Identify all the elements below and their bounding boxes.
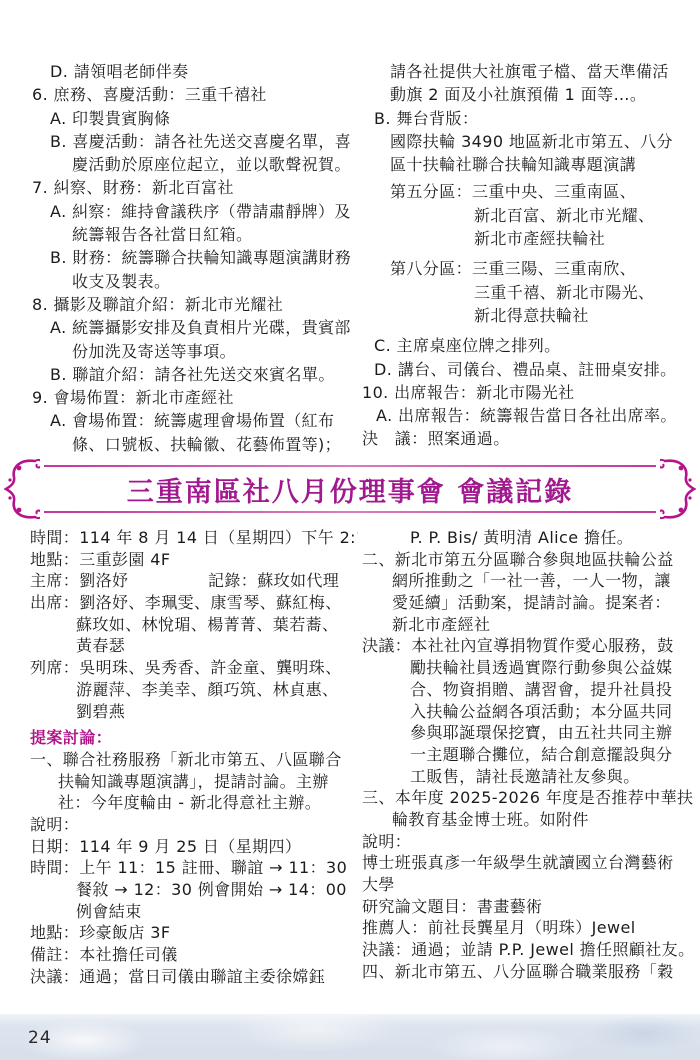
flourish-right-icon: [660, 456, 696, 522]
title-rule-top: [44, 465, 656, 467]
text-line: A. 會場佈置：統籌處理會場佈置（紅布: [30, 409, 356, 432]
text-line: 收支及製表。: [30, 270, 356, 293]
text-line: B. 財務：統籌聯合扶輪知識專題演講財務: [30, 246, 356, 269]
text-line: 10. 出席報告：新北市陽光社: [362, 381, 694, 404]
text-line: 慶活動於原座位起立，並以歌聲祝賀。: [30, 153, 356, 176]
text-line: 勵扶輪社員透過實際行動參與公益媒: [362, 657, 696, 679]
text-line: D. 講台、司儀台、禮品桌、註冊桌安排。: [362, 358, 694, 381]
text-line: 出席：劉洛妤、李珮雯、康雪琴、蘇紅梅、: [30, 592, 358, 614]
flourish-left-icon: [4, 456, 40, 522]
text-line: 三重千禧、新北市陽光、: [362, 281, 694, 304]
text-line: 列席：吳明珠、吳秀香、許金童、龔明珠、: [30, 657, 358, 679]
text-line: 區十扶輪社聯合扶輪知識專題演講: [362, 153, 694, 176]
text-line: D. 請領唱老師伴奏: [30, 60, 356, 83]
text-line: 扶輪知識專題演講」，提請討論。主辦: [30, 771, 358, 793]
section-heading: 提案討論：: [30, 727, 358, 749]
text-line: 第八分區：三重三陽、三重南欣、: [362, 257, 694, 280]
text-line: B. 聯誼介紹：請各社先送交來賓名單。: [30, 363, 356, 386]
text-line: 第五分區：三重中央、三重南區、: [362, 180, 694, 203]
text-line: 網所推動之「一社一善，一人一物，讓: [362, 570, 696, 592]
text-line: 工販售，請社長邀請社友參與。: [362, 766, 696, 788]
text-line: 動旗 2 面及小社旗預備 1 面等…。: [362, 83, 694, 106]
footer-band: [0, 1014, 700, 1060]
text-line: 決議：通過；當日司儀由聯誼主委徐嫦鈺: [30, 966, 358, 988]
text-line: 地點：珍豪飯店 3F: [30, 922, 358, 944]
text-line: 新北百富、新北市光耀、: [362, 204, 694, 227]
text-line: 新北得意扶輪社: [362, 304, 694, 327]
text-line: 二、新北市第五分區聯合參與地區扶輪公益: [362, 549, 696, 571]
text-line: 說明：: [30, 814, 358, 836]
text-line: 合、物資捐贈、講習會，提升社員投: [362, 679, 696, 701]
text-line: 參與耶誕環保挖寶，由五社共同主辦: [362, 722, 696, 744]
text-line: 決議：本社社內宣導捐物質作愛心服務，鼓: [362, 635, 696, 657]
text-line: 份加洗及寄送等事項。: [30, 340, 356, 363]
title-band: 三重南區社八月份理事會 會議記錄: [0, 452, 700, 528]
text-line: 日期：114 年 9 月 25 日（星期四）: [30, 836, 358, 858]
top-right-column: 請各社提供大社旗電子檔、當天準備活動旗 2 面及小社旗預備 1 面等…。B. 舞…: [362, 60, 694, 451]
text-line: 備註：本社擔任司儀: [30, 944, 358, 966]
text-line: 輪教育基金博士班。如附件: [362, 809, 696, 831]
text-line: 游麗萍、李美幸、顏巧筑、林貞惠、: [30, 679, 358, 701]
text-line: 6. 庶務、喜慶活動：三重千禧社: [30, 83, 356, 106]
text-line: 統籌報告各社當日紅箱。: [30, 223, 356, 246]
text-line: 8. 攝影及聯誼介紹：新北市光耀社: [30, 293, 356, 316]
text-line: 說明：: [362, 831, 696, 853]
text-line: 大學: [362, 874, 696, 896]
text-line: 時間：上午 11：15 註冊、聯誼 → 11：30: [30, 857, 358, 879]
text-line: 決議：通過；並請 P.P. Jewel 擔任照顧社友。: [362, 939, 696, 961]
text-line: 請各社提供大社旗電子檔、當天準備活: [362, 60, 694, 83]
text-line: 社：今年度輪由 - 新北得意社主辦。: [30, 792, 358, 814]
page-number: 24: [28, 1028, 52, 1048]
bottom-right-column: P. P. Bis/ 黃明清 Alice 擔任。二、新北市第五分區聯合參與地區扶…: [362, 527, 696, 982]
text-line: B. 舞台背版：: [362, 107, 694, 130]
text-line: P. P. Bis/ 黃明清 Alice 擔任。: [362, 527, 696, 549]
text-line: 主席：劉洛妤記錄：蘇玫如代理: [30, 570, 358, 592]
text-line: A. 印製貴賓胸條: [30, 107, 356, 130]
text-line: A. 統籌攝影安排及負責相片光碟，貴賓部: [30, 316, 356, 339]
text-line: B. 喜慶活動：請各社先送交喜慶名單，喜: [30, 130, 356, 153]
text-line: 7. 糾察、財務：新北百富社: [30, 176, 356, 199]
text-line: 一、聯合社務服務「新北市第五、八區聯合: [30, 749, 358, 771]
text-line: 博士班張真彥一年級學生就讀國立台灣藝術: [362, 852, 696, 874]
text-line: 地點：三重彭園 4F: [30, 549, 358, 571]
title-rule-bottom: [44, 511, 656, 513]
text-line: 四、新北市第五、八分區聯合職業服務「穀: [362, 961, 696, 983]
text-line: C. 主席桌座位牌之排列。: [362, 334, 694, 357]
text-line: 劉碧燕: [30, 701, 358, 723]
bottom-left-column: 時間：114 年 8 月 14 日（星期四）下午 2:15地點：三重彭園 4F主…: [30, 527, 358, 987]
top-left-column: D. 請領唱老師伴奏6. 庶務、喜慶活動：三重千禧社A. 印製貴賓胸條B. 喜慶…: [30, 60, 356, 456]
text-line: 國際扶輪 3490 地區新北市第五、八分: [362, 130, 694, 153]
text-line: 研究論文題目：書畫藝術: [362, 896, 696, 918]
text-line: 黃春瑟: [30, 635, 358, 657]
text-line: 例會結束: [30, 901, 358, 923]
text-line: 9. 會場佈置：新北市產經社: [30, 386, 356, 409]
text-line: A. 糾察：維持會議秩序（帶請肅靜牌）及: [30, 200, 356, 223]
text-line: 三、本年度 2025-2026 年度是否推荐中華扶: [362, 787, 696, 809]
text-line: 時間：114 年 8 月 14 日（星期四）下午 2:15: [30, 527, 358, 549]
text-line: 新北市產經扶輪社: [362, 227, 694, 250]
text-line: A. 出席報告：統籌報告當日各社出席率。: [362, 404, 694, 427]
text-line: 新北市產經社: [362, 614, 696, 636]
text-line: 入扶輪公益網各項活動；本分區共同: [362, 701, 696, 723]
text-line: 決 議：照案通過。: [362, 427, 694, 450]
text-line: 推薦人：前社長龔星月（明珠）Jewel: [362, 917, 696, 939]
text-line: 一主題聯合攤位，結合創意擺設與分: [362, 744, 696, 766]
text-line: 蘇玫如、林悅瑂、楊菁菁、葉若蕎、: [30, 614, 358, 636]
page-title: 三重南區社八月份理事會 會議記錄: [0, 470, 700, 509]
text-line: 愛延續」活動案，提請討論。提案者：: [362, 592, 696, 614]
text-line: 餐敘 → 12：30 例會開始 → 14：00: [30, 879, 358, 901]
